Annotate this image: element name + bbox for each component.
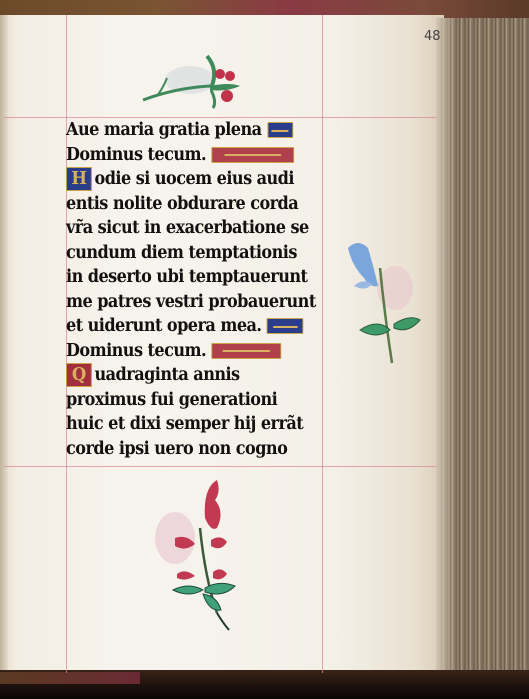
line-filler-ornament (267, 318, 304, 334)
text-line: vr̃a sicut in exacerbatione se (66, 216, 307, 241)
text-line: et uiderunt opera mea. (66, 314, 307, 339)
text-line: cundum diem temptationis (66, 241, 307, 266)
text-line: Hodie si uocem eius audi (66, 167, 307, 192)
bookmark-ribbon (0, 672, 140, 684)
line-filler-ornament (212, 147, 295, 163)
text-line: Quadraginta annis (66, 363, 307, 388)
red-berry-sprig-icon (135, 50, 250, 115)
page-gutter (0, 15, 8, 673)
text-line: Dominus tecum. (66, 339, 307, 364)
page-fore-edge (436, 18, 529, 672)
line-filler-ornament (267, 122, 293, 138)
text-line: in deserto ubi temptauerunt (66, 265, 307, 290)
text-line: corde ipsi uero non cogno (66, 437, 307, 462)
red-flower-stem-icon (145, 478, 275, 638)
text-line: entis nolite obdurare corda (66, 192, 307, 217)
text-line: huic et dixi semper hij errãt (66, 412, 307, 437)
line-filler-ornament (212, 343, 282, 359)
text-line: proximus fui generationi (66, 388, 307, 413)
text-line: Dominus tecum. (66, 143, 307, 168)
blue-flower-icon (340, 238, 430, 368)
text-block: Aue maria gratia plena Dominus tecum. Ho… (66, 118, 328, 461)
folio-number: 48 (424, 29, 441, 44)
ruling-line-bottom (4, 466, 436, 467)
illuminated-initial: Q (66, 363, 92, 387)
text-line: me patres vestri probauerunt (66, 290, 307, 315)
illuminated-initial: H (66, 167, 92, 191)
text-line: Aue maria gratia plena (66, 118, 307, 143)
